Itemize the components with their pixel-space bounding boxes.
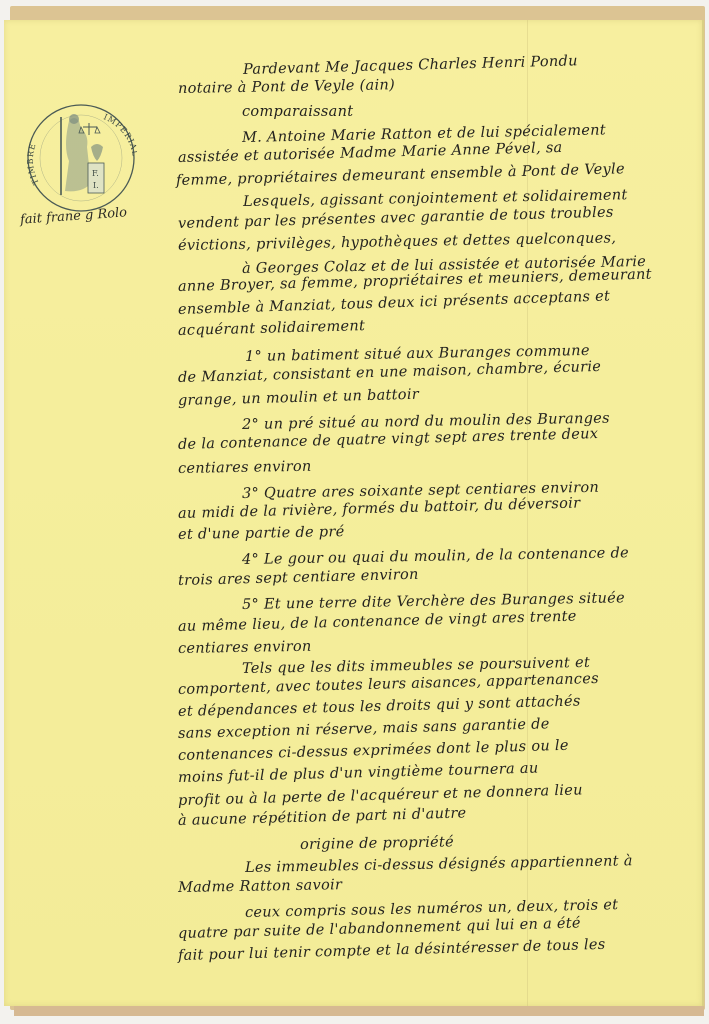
svg-text:F.: F.	[92, 169, 99, 178]
handwritten-line: centiares environ	[178, 639, 312, 657]
imperial-stamp-icon: F. I. TIMBRE IMPERIAL	[25, 103, 137, 213]
svg-text:I.: I.	[93, 181, 99, 190]
handwritten-line: comparaissant	[242, 104, 353, 120]
svg-text:IMPERIAL: IMPERIAL	[102, 112, 137, 157]
handwritten-line: origine de propriété	[300, 834, 454, 853]
scanned-page: F. I. TIMBRE IMPERIAL fait frane g Rolo …	[0, 0, 709, 1024]
svg-text:TIMBRE: TIMBRE	[26, 142, 41, 186]
handwritten-line: centiares environ	[178, 458, 312, 476]
handwritten-line: et d'une partie de pré	[178, 524, 345, 543]
